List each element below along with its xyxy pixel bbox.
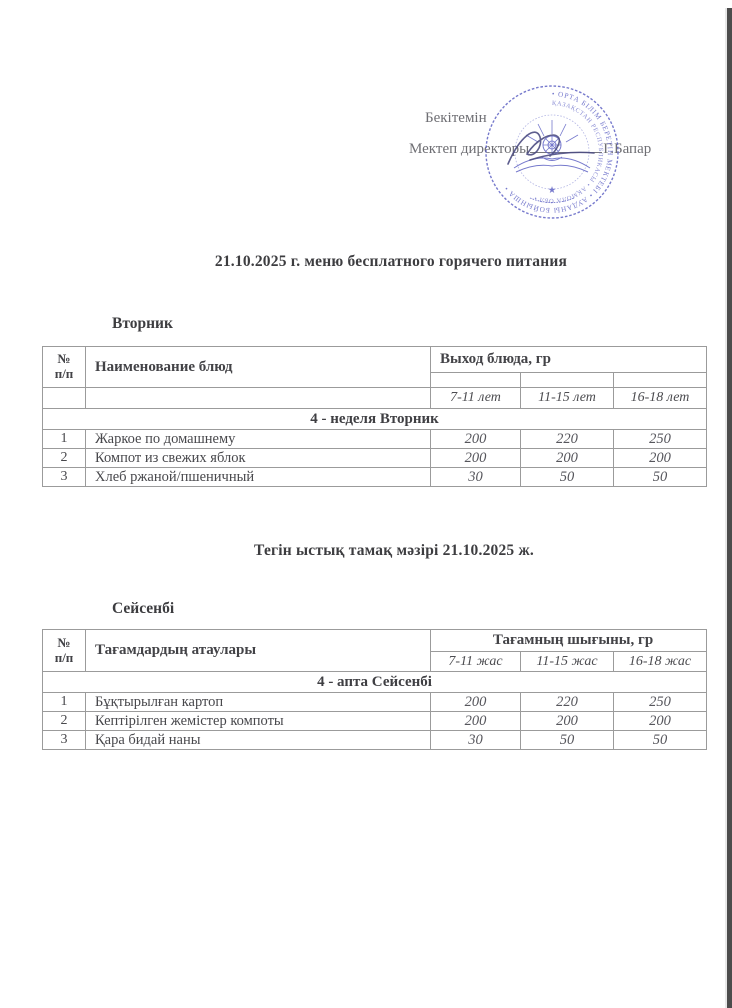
age-col-16-18: 16-18 жас [614,652,707,672]
empty-cell [521,373,614,388]
empty-cell [431,373,521,388]
portion-11-15: 220 [521,430,614,449]
dish-name: Бұқтырылған картоп [86,693,431,712]
portion-7-11: 30 [431,731,521,750]
portion-7-11: 200 [431,430,521,449]
dish-name: Компот из свежих яблок [86,449,431,468]
table-row: 1 Жаркое по домашнему 200 220 250 [43,430,707,449]
stamp-star-icon: ★ [548,185,557,196]
scanned-menu-document: Бекітемін Мектеп директорыГ.Бапар • ОРТА… [0,0,732,1008]
age-col-11-15: 11-15 лет [521,388,614,409]
menu-title-kz: Тегін ыстық тамақ мәзірі 21.10.2025 ж. [56,542,732,560]
portion-16-18: 50 [614,468,707,487]
week-row-label: 4 - неделя Вторник [43,409,707,430]
portion-16-18: 200 [614,712,707,731]
day-label-ru: Вторник [112,315,173,333]
empty-cell [86,388,431,409]
dish-name: Қара бидай наны [86,731,431,750]
dish-name: Жаркое по домашнему [86,430,431,449]
portion-11-15: 50 [521,731,614,750]
empty-cell [43,388,86,409]
portion-7-11: 200 [431,693,521,712]
table-row: 3 Хлеб ржаной/пшеничный 30 50 50 [43,468,707,487]
row-number: 3 [43,468,86,487]
empty-cell [614,373,707,388]
dish-name: Хлеб ржаной/пшеничный [86,468,431,487]
table-row: 3 Қара бидай наны 30 50 50 [43,731,707,750]
age-col-7-11: 7-11 жас [431,652,521,672]
portion-11-15: 200 [521,712,614,731]
age-col-7-11: 7-11 лет [431,388,521,409]
portion-7-11: 200 [431,712,521,731]
portion-16-18: 250 [614,430,707,449]
table-row: 2 Кептірілген жемістер компоты 200 200 2… [43,712,707,731]
dish-name: Кептірілген жемістер компоты [86,712,431,731]
portion-11-15: 200 [521,449,614,468]
row-number: 1 [43,693,86,712]
handwritten-signature [498,120,616,176]
col-header-output: Тағамның шығыны, гр [431,630,707,652]
col-header-dish-name: Наименование блюд [86,347,431,388]
row-number: 2 [43,449,86,468]
table-row: 2 Компот из свежих яблок 200 200 200 [43,449,707,468]
menu-table-ru: № п/п Наименование блюд Выход блюда, гр … [42,346,706,487]
col-header-num: № п/п [43,630,86,672]
day-label-kz: Сейсенбі [112,600,174,618]
portion-7-11: 200 [431,449,521,468]
scan-edge-strip [727,8,732,1008]
col-header-output: Выход блюда, гр [431,347,707,373]
portion-16-18: 200 [614,449,707,468]
portion-16-18: 250 [614,693,707,712]
portion-11-15: 50 [521,468,614,487]
col-header-num: № п/п [43,347,86,388]
approve-label: Бекітемін [425,110,487,127]
age-col-16-18: 16-18 лет [614,388,707,409]
menu-table-kz: № п/п Тағамдардың атаулары Тағамның шығы… [42,629,706,750]
row-number: 2 [43,712,86,731]
portion-16-18: 50 [614,731,707,750]
row-number: 1 [43,430,86,449]
row-number: 3 [43,731,86,750]
menu-title-ru: 21.10.2025 г. меню бесплатного горячего … [50,253,732,271]
portion-7-11: 30 [431,468,521,487]
portion-11-15: 220 [521,693,614,712]
age-col-11-15: 11-15 жас [521,652,614,672]
col-header-dish-name: Тағамдардың атаулары [86,630,431,672]
week-row-label: 4 - апта Сейсенбі [43,672,707,693]
table-row: 1 Бұқтырылған картоп 200 220 250 [43,693,707,712]
